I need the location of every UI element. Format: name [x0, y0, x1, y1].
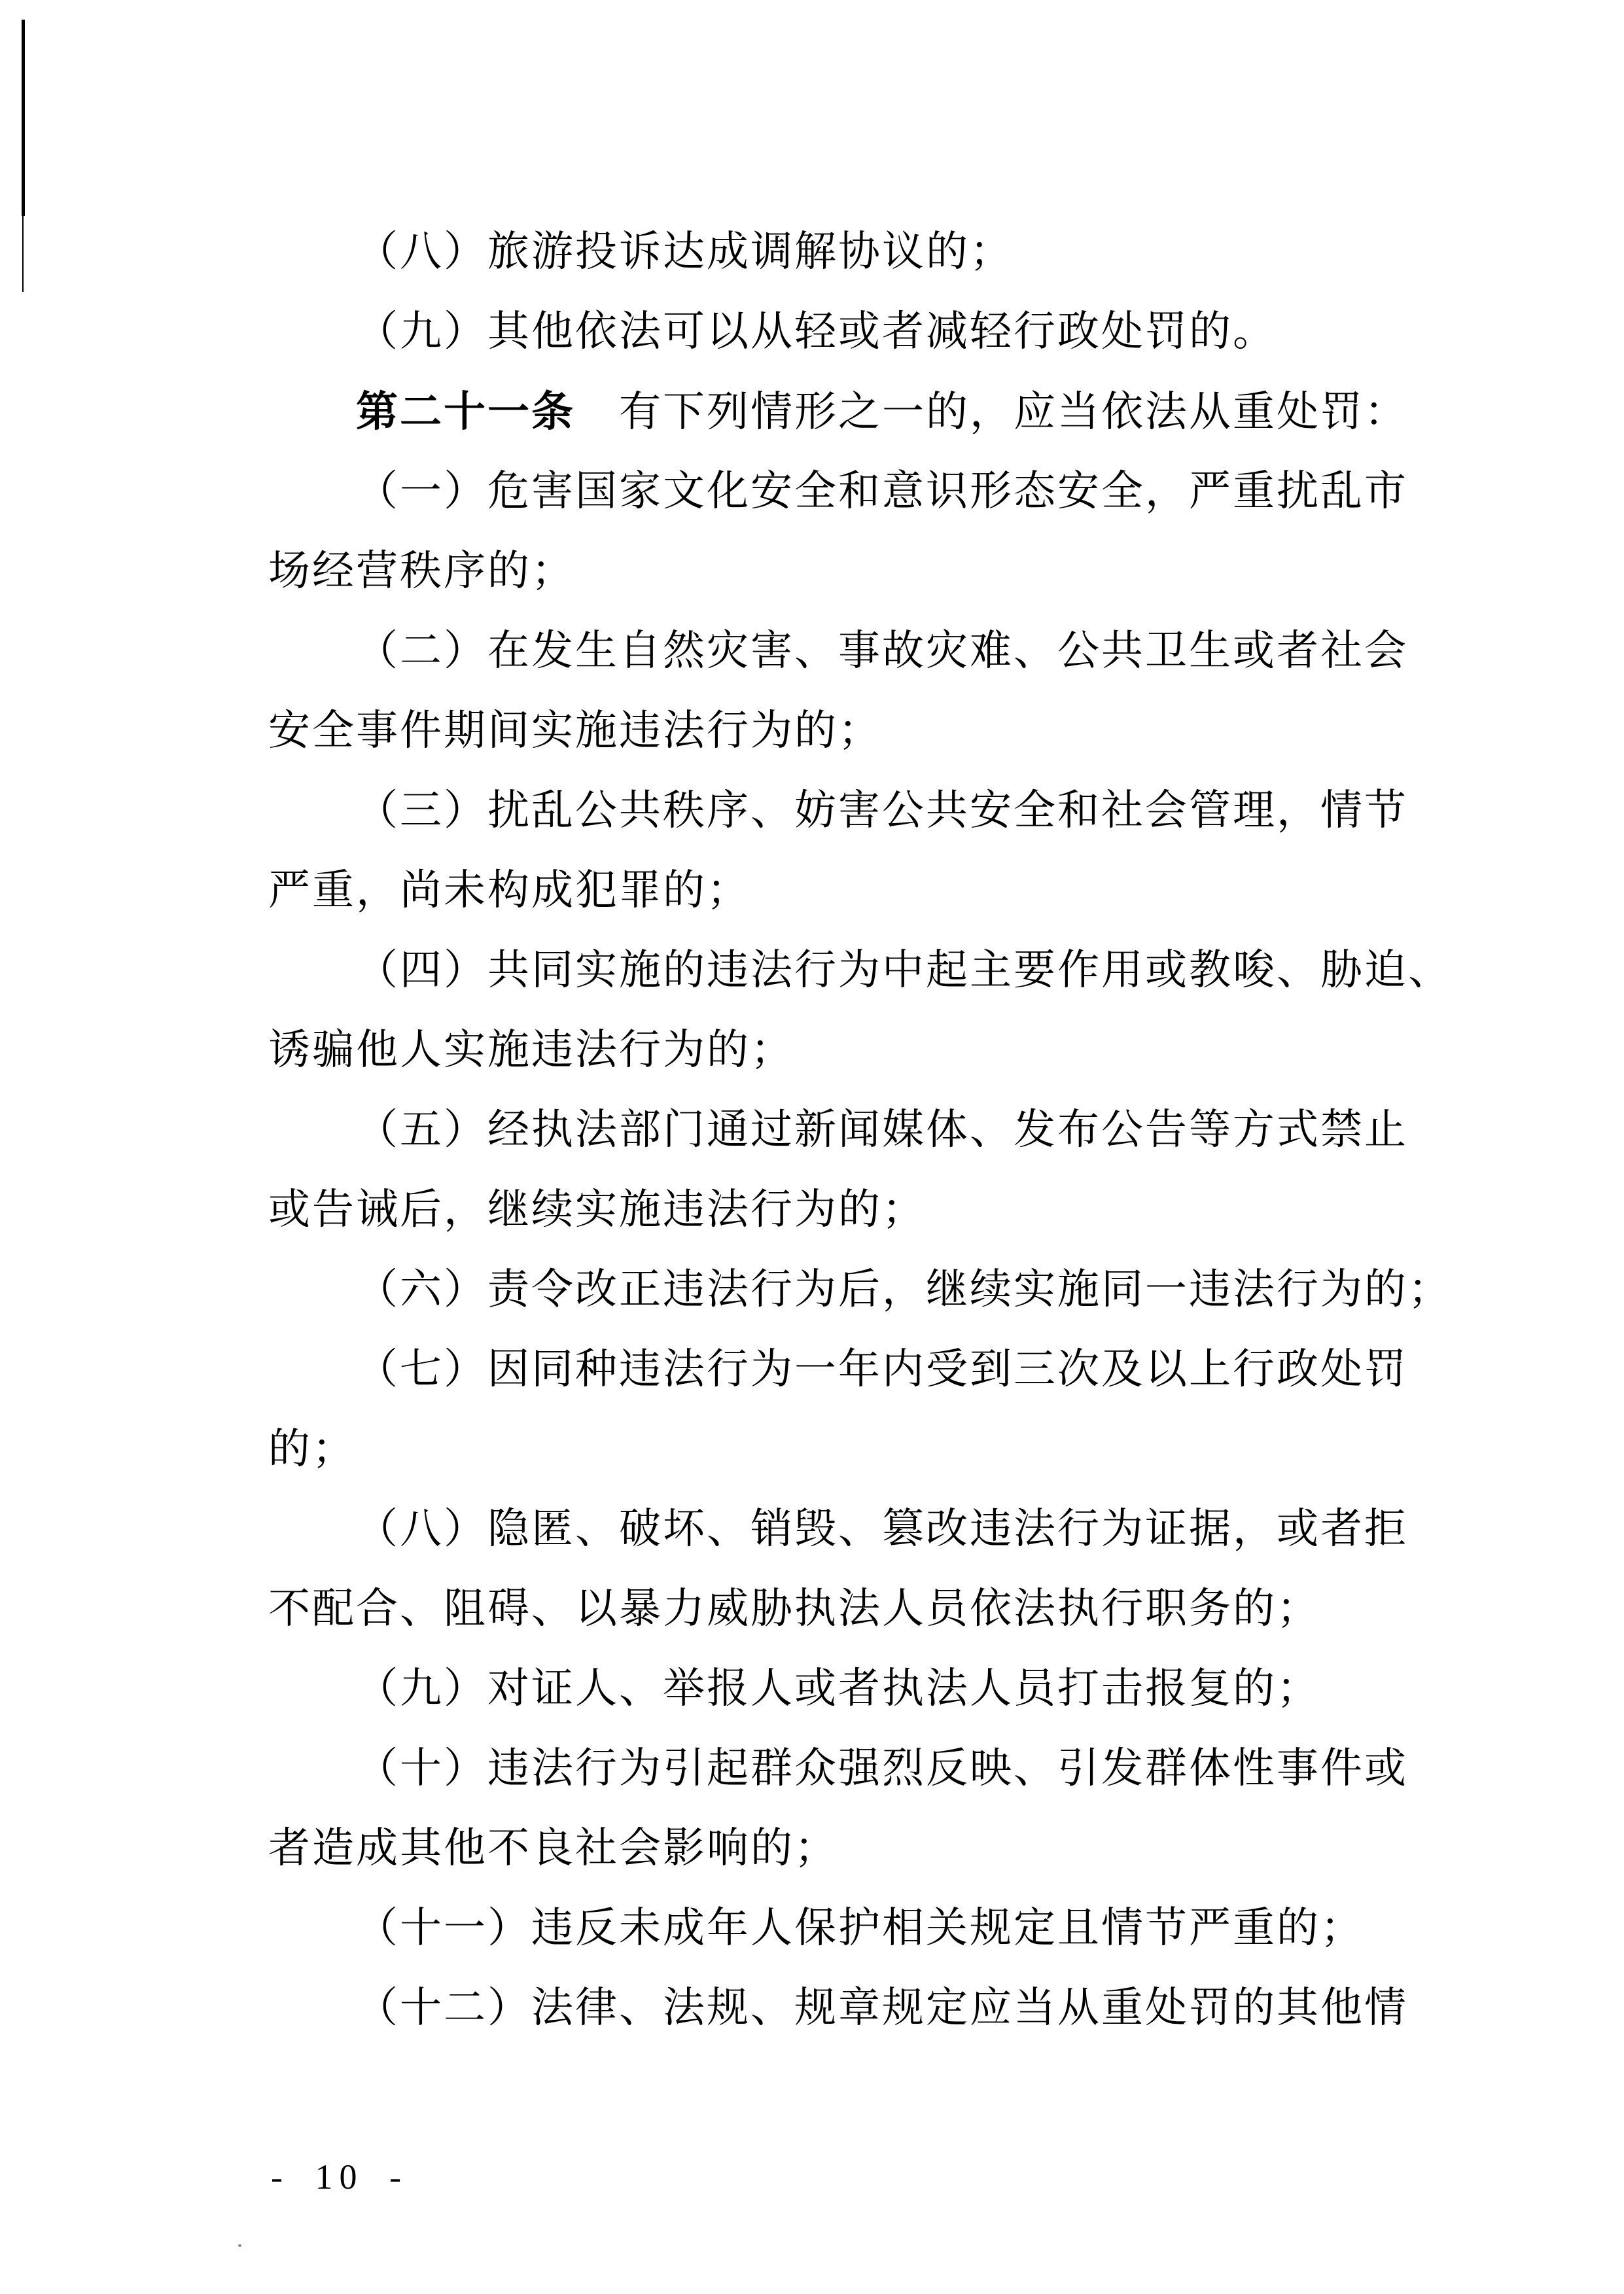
text-segment: 有下列情形之一的，应当依法从重处罚：	[575, 389, 1408, 435]
text-segment: 严重，尚未构成犯罪的；	[268, 867, 750, 913]
scan-artifact-line-thin	[22, 216, 24, 292]
text-line: 诱骗他人实施违法行为的；	[268, 1010, 1424, 1090]
text-segment: （八）隐匿、破坏、销毁、篡改违法行为证据，或者拒	[356, 1506, 1408, 1552]
text-line: （五）经执法部门通过新闻媒体、发布公告等方式禁止	[268, 1090, 1424, 1170]
text-line: （十）违法行为引起群众强烈反映、引发群体性事件或	[268, 1729, 1424, 1809]
text-segment: （三）扰乱公共秩序、妨害公共安全和社会管理，情节	[356, 787, 1408, 834]
text-line: 场经营秩序的；	[268, 531, 1424, 611]
text-segment: 场经营秩序的；	[268, 548, 575, 594]
text-line: 安全事件期间实施违法行为的；	[268, 691, 1424, 771]
text-segment: （八）旅游投诉达成调解协议的；	[356, 228, 1014, 275]
text-line: （九）对证人、举报人或者执法人员打击报复的；	[268, 1649, 1424, 1729]
text-segment: （十一）违反未成年人保护相关规定且情节严重的；	[356, 1905, 1364, 1951]
text-segment: （九）其他依法可以从轻或者减轻行政处罚的。	[356, 308, 1277, 355]
text-line: （三）扰乱公共秩序、妨害公共安全和社会管理，情节	[268, 771, 1424, 851]
text-line: （七）因同种违法行为一年内受到三次及以上行政处罚	[268, 1330, 1424, 1409]
text-line: 严重，尚未构成犯罪的；	[268, 851, 1424, 930]
text-segment: 安全事件期间实施违法行为的；	[268, 707, 882, 754]
text-segment: （十）违法行为引起群众强烈反映、引发群体性事件或	[356, 1745, 1408, 1791]
text-segment: （六）责令改正违法行为后，继续实施同一违法行为的；	[356, 1266, 1452, 1313]
text-segment: 或告诫后，继续实施违法行为的；	[268, 1186, 926, 1233]
text-segment: 的；	[268, 1426, 356, 1472]
text-segment: （九）对证人、举报人或者执法人员打击报复的；	[356, 1665, 1320, 1712]
text-segment: （五）经执法部门通过新闻媒体、发布公告等方式禁止	[356, 1106, 1408, 1153]
scan-artifact-line-thick	[22, 20, 25, 216]
text-segment: （四）共同实施的违法行为中起主要作用或教唆、胁迫、	[356, 947, 1452, 993]
article-number-heading: 第二十一条	[356, 388, 575, 435]
text-line: （四）共同实施的违法行为中起主要作用或教唆、胁迫、	[268, 930, 1424, 1010]
text-line: （二）在发生自然灾害、事故灾难、公共卫生或者社会	[268, 611, 1424, 691]
text-line: 不配合、阻碍、以暴力威胁执法人员依法执行职务的；	[268, 1569, 1424, 1649]
text-line: 第二十一条 有下列情形之一的，应当依法从重处罚：	[268, 372, 1424, 451]
text-line: 者造成其他不良社会影响的；	[268, 1809, 1424, 1888]
text-line: 或告诫后，继续实施违法行为的；	[268, 1170, 1424, 1250]
text-line: （一）危害国家文化安全和意识形态安全，严重扰乱市	[268, 451, 1424, 531]
text-segment: （一）危害国家文化安全和意识形态安全，严重扰乱市	[356, 468, 1408, 514]
text-segment: （二）在发生自然灾害、事故灾难、公共卫生或者社会	[356, 627, 1408, 674]
text-segment: 不配合、阻碍、以暴力威胁执法人员依法执行职务的；	[268, 1585, 1320, 1632]
text-line: （六）责令改正违法行为后，继续实施同一违法行为的；	[268, 1250, 1424, 1330]
document-body-text: （八）旅游投诉达成调解协议的；（九）其他依法可以从轻或者减轻行政处罚的。第二十一…	[268, 212, 1424, 2048]
text-segment: （十二）法律、法规、规章规定应当从重处罚的其他情	[356, 1985, 1408, 2031]
scan-speck	[238, 2244, 241, 2247]
text-line: （八）隐匿、破坏、销毁、篡改违法行为证据，或者拒	[268, 1489, 1424, 1569]
text-line: （九）其他依法可以从轻或者减轻行政处罚的。	[268, 292, 1424, 372]
text-segment: 者造成其他不良社会影响的；	[268, 1825, 838, 1871]
text-line: 的；	[268, 1409, 1424, 1489]
scanned-document-page: （八）旅游投诉达成调解协议的；（九）其他依法可以从轻或者减轻行政处罚的。第二十一…	[0, 0, 1624, 2294]
page-number: - 10 -	[271, 2155, 408, 2198]
text-segment: 诱骗他人实施违法行为的；	[268, 1027, 794, 1073]
text-segment: （七）因同种违法行为一年内受到三次及以上行政处罚	[356, 1346, 1408, 1392]
text-line: （十一）违反未成年人保护相关规定且情节严重的；	[268, 1888, 1424, 1968]
text-line: （八）旅游投诉达成调解协议的；	[268, 212, 1424, 292]
text-line: （十二）法律、法规、规章规定应当从重处罚的其他情	[268, 1968, 1424, 2048]
